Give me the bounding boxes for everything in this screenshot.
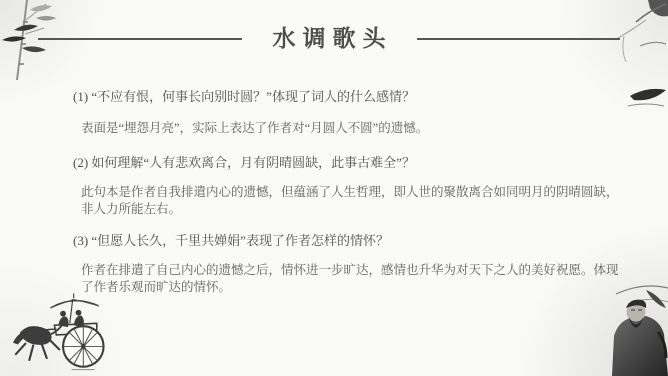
title-bar: 水调歌头	[38, 25, 620, 53]
answer-2: 此句本是作者自我排遣内心的遗憾，但蕴涵了人生哲理，即人世的聚散离合如同明月的阴晴…	[81, 184, 625, 218]
slide-body: (1) “不应有恨，何事长向别时圆？”体现了词人的什么感情？ 表面是“埋怨月亮”…	[73, 88, 625, 296]
presentation-slide: 水调歌头 (1) “不应有恨，何事长向别时圆？”体现了词人的什么感情？ 表面是“…	[0, 0, 668, 376]
title-divider-left	[38, 38, 242, 40]
horse-chariot-decoration	[12, 290, 118, 374]
answer-1: 表面是“埋怨月亮”，实际上表达了作者对“月圆人不圆”的遗憾。	[81, 120, 625, 137]
slide-title: 水调歌头	[266, 25, 393, 53]
title-divider-right	[417, 38, 621, 40]
question-2: (2) 如何理解“人有悲欢离合，月有阴晴圆缺，此事古难全”？	[73, 154, 625, 171]
question-1: (1) “不应有恨，何事长向别时圆？”体现了词人的什么感情？	[73, 88, 625, 105]
question-3: (3) “但愿人长久，千里共婵娟”表现了作者怎样的情怀？	[73, 232, 625, 249]
answer-3: 作者在排遣了自己内心的遗憾之后，情怀进一步旷达，感情也升华为对天下之人的美好祝愿…	[81, 262, 625, 296]
